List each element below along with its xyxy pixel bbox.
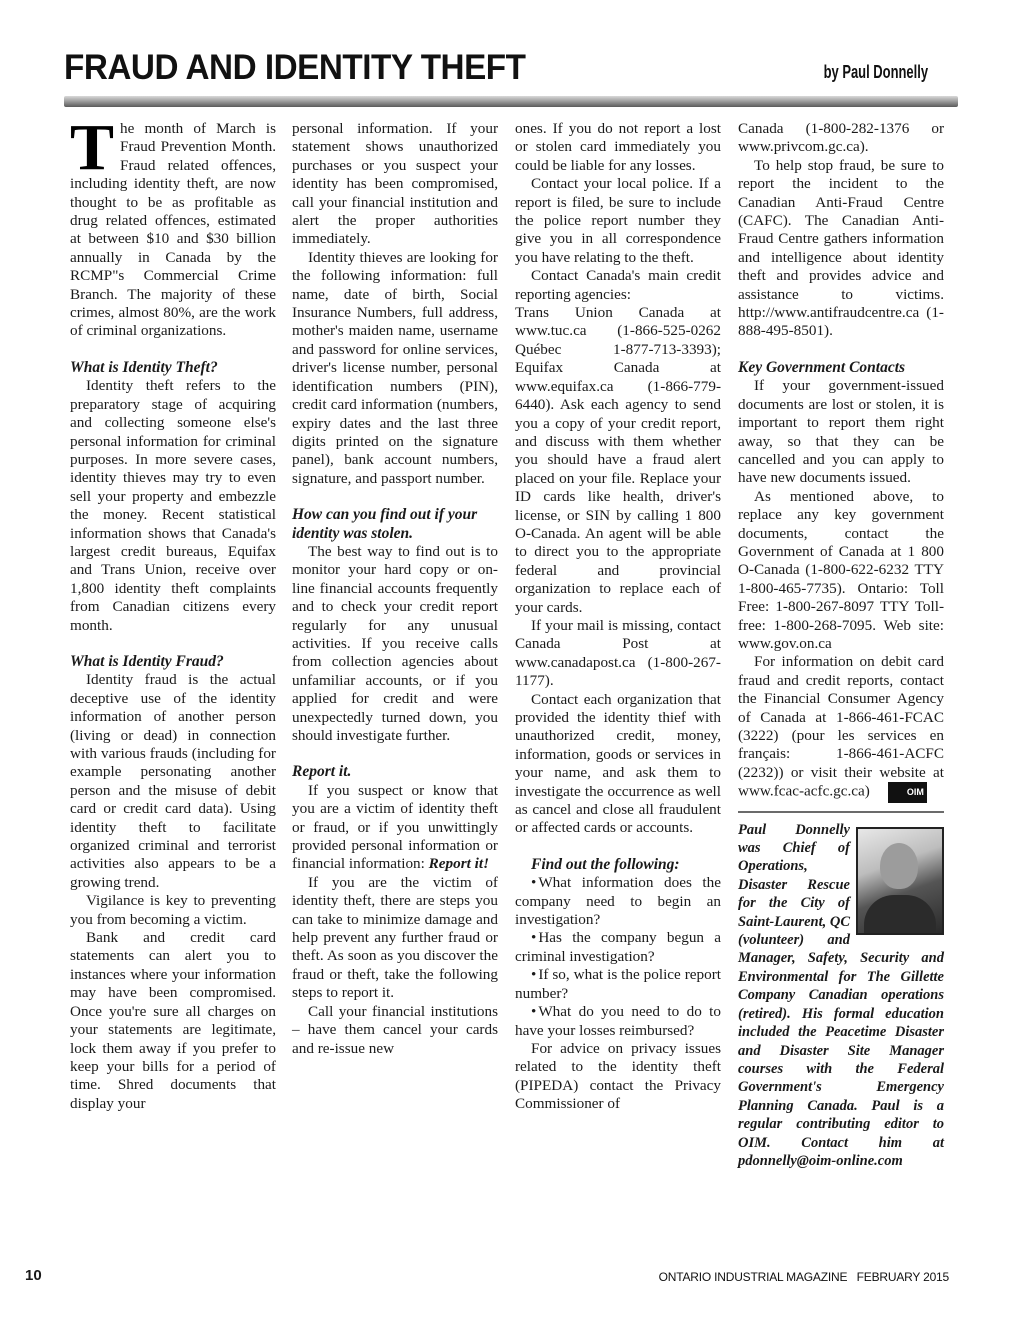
paragraph: Contact your local police. If a report i… xyxy=(515,175,721,267)
bullet-item: •Has the company begun a criminal invest… xyxy=(515,929,721,966)
bullet-item: •If so, what is the police report number… xyxy=(515,966,721,1003)
paragraph: Contact each organization that provided … xyxy=(515,691,721,838)
paragraph: Call your financial institutions – have … xyxy=(292,1003,498,1058)
page-number: 10 xyxy=(25,1267,42,1284)
column-3: ones. If you do not report a lost or sto… xyxy=(515,120,721,1114)
bullet-item: •What information does the company need … xyxy=(515,874,721,929)
column-1: The month of March is Fraud Prevention M… xyxy=(70,120,276,1113)
author-suit xyxy=(864,895,936,933)
author-byline: by Paul Donnelly xyxy=(824,62,928,83)
intro-paragraph: The month of March is Fraud Prevention M… xyxy=(70,120,276,341)
bullet-icon: • xyxy=(531,929,536,946)
paragraph: Vigilance is key to preventing you from … xyxy=(70,892,276,929)
paragraph: If you suspect or know that you are a vi… xyxy=(292,782,498,874)
bullet-icon: • xyxy=(531,966,536,983)
header-divider xyxy=(64,96,958,107)
column-4: Canada (1-800-282-1376 or www.privcom.gc… xyxy=(738,120,944,1170)
author-photo xyxy=(856,827,944,935)
paragraph: To help stop fraud, be sure to report th… xyxy=(738,157,944,341)
paragraph: Identity thieves are looking for the fol… xyxy=(292,249,498,488)
paragraph: For advice on privacy issues related to … xyxy=(515,1040,721,1114)
paragraph: Identity fraud is the actual deceptive u… xyxy=(70,671,276,892)
paragraph: Identity theft refers to the preparatory… xyxy=(70,377,276,635)
column-2: personal information. If your statement … xyxy=(292,120,498,1058)
paragraph: Contact Canada's main credit reporting a… xyxy=(515,267,721,304)
drop-cap: T xyxy=(70,122,114,174)
paragraph: ones. If you do not report a lost or sto… xyxy=(515,120,721,175)
author-face xyxy=(880,843,918,889)
paragraph: As mentioned above, to replace any key g… xyxy=(738,488,944,654)
paragraph: If your mail is missing, contact Canada … xyxy=(515,617,721,691)
paragraph: Bank and credit card statements can aler… xyxy=(70,929,276,1113)
paragraph: The best way to find out is to monitor y… xyxy=(292,543,498,745)
bullet-item: •What do you need to do to have your los… xyxy=(515,1003,721,1040)
oim-end-mark-icon: OIM xyxy=(888,782,927,802)
bio-divider xyxy=(738,811,944,813)
paragraph: Canada (1-800-282-1376 or www.privcom.gc… xyxy=(738,120,944,157)
report-it-emphasis: Report it! xyxy=(429,855,489,872)
heading-identity-theft: What is Identity Theft? xyxy=(70,359,276,377)
paragraph: If you are the victim of identity theft,… xyxy=(292,874,498,1003)
heading-report-it: Report it. xyxy=(292,763,498,781)
heading-identity-fraud: What is Identity Fraud? xyxy=(70,653,276,671)
article-title: FRAUD AND IDENTITY THEFT xyxy=(64,48,525,88)
paragraph: personal information. If your statement … xyxy=(292,120,498,249)
bullet-icon: • xyxy=(531,874,536,891)
magazine-footer: ONTARIO INDUSTRIAL MAGAZINE FEBRUARY 201… xyxy=(659,1270,949,1284)
paragraph: For information on debit card fraud and … xyxy=(738,653,944,802)
heading-find-following: Find out the following: xyxy=(515,856,721,874)
heading-find-out: How can you find out if your identity wa… xyxy=(292,506,498,543)
bullet-icon: • xyxy=(531,1003,536,1020)
paragraph: Trans Union Canada at www.tuc.ca (1-866-… xyxy=(515,304,721,617)
paragraph: If your government-issued documents are … xyxy=(738,377,944,487)
heading-key-contacts: Key Government Contacts xyxy=(738,359,944,377)
